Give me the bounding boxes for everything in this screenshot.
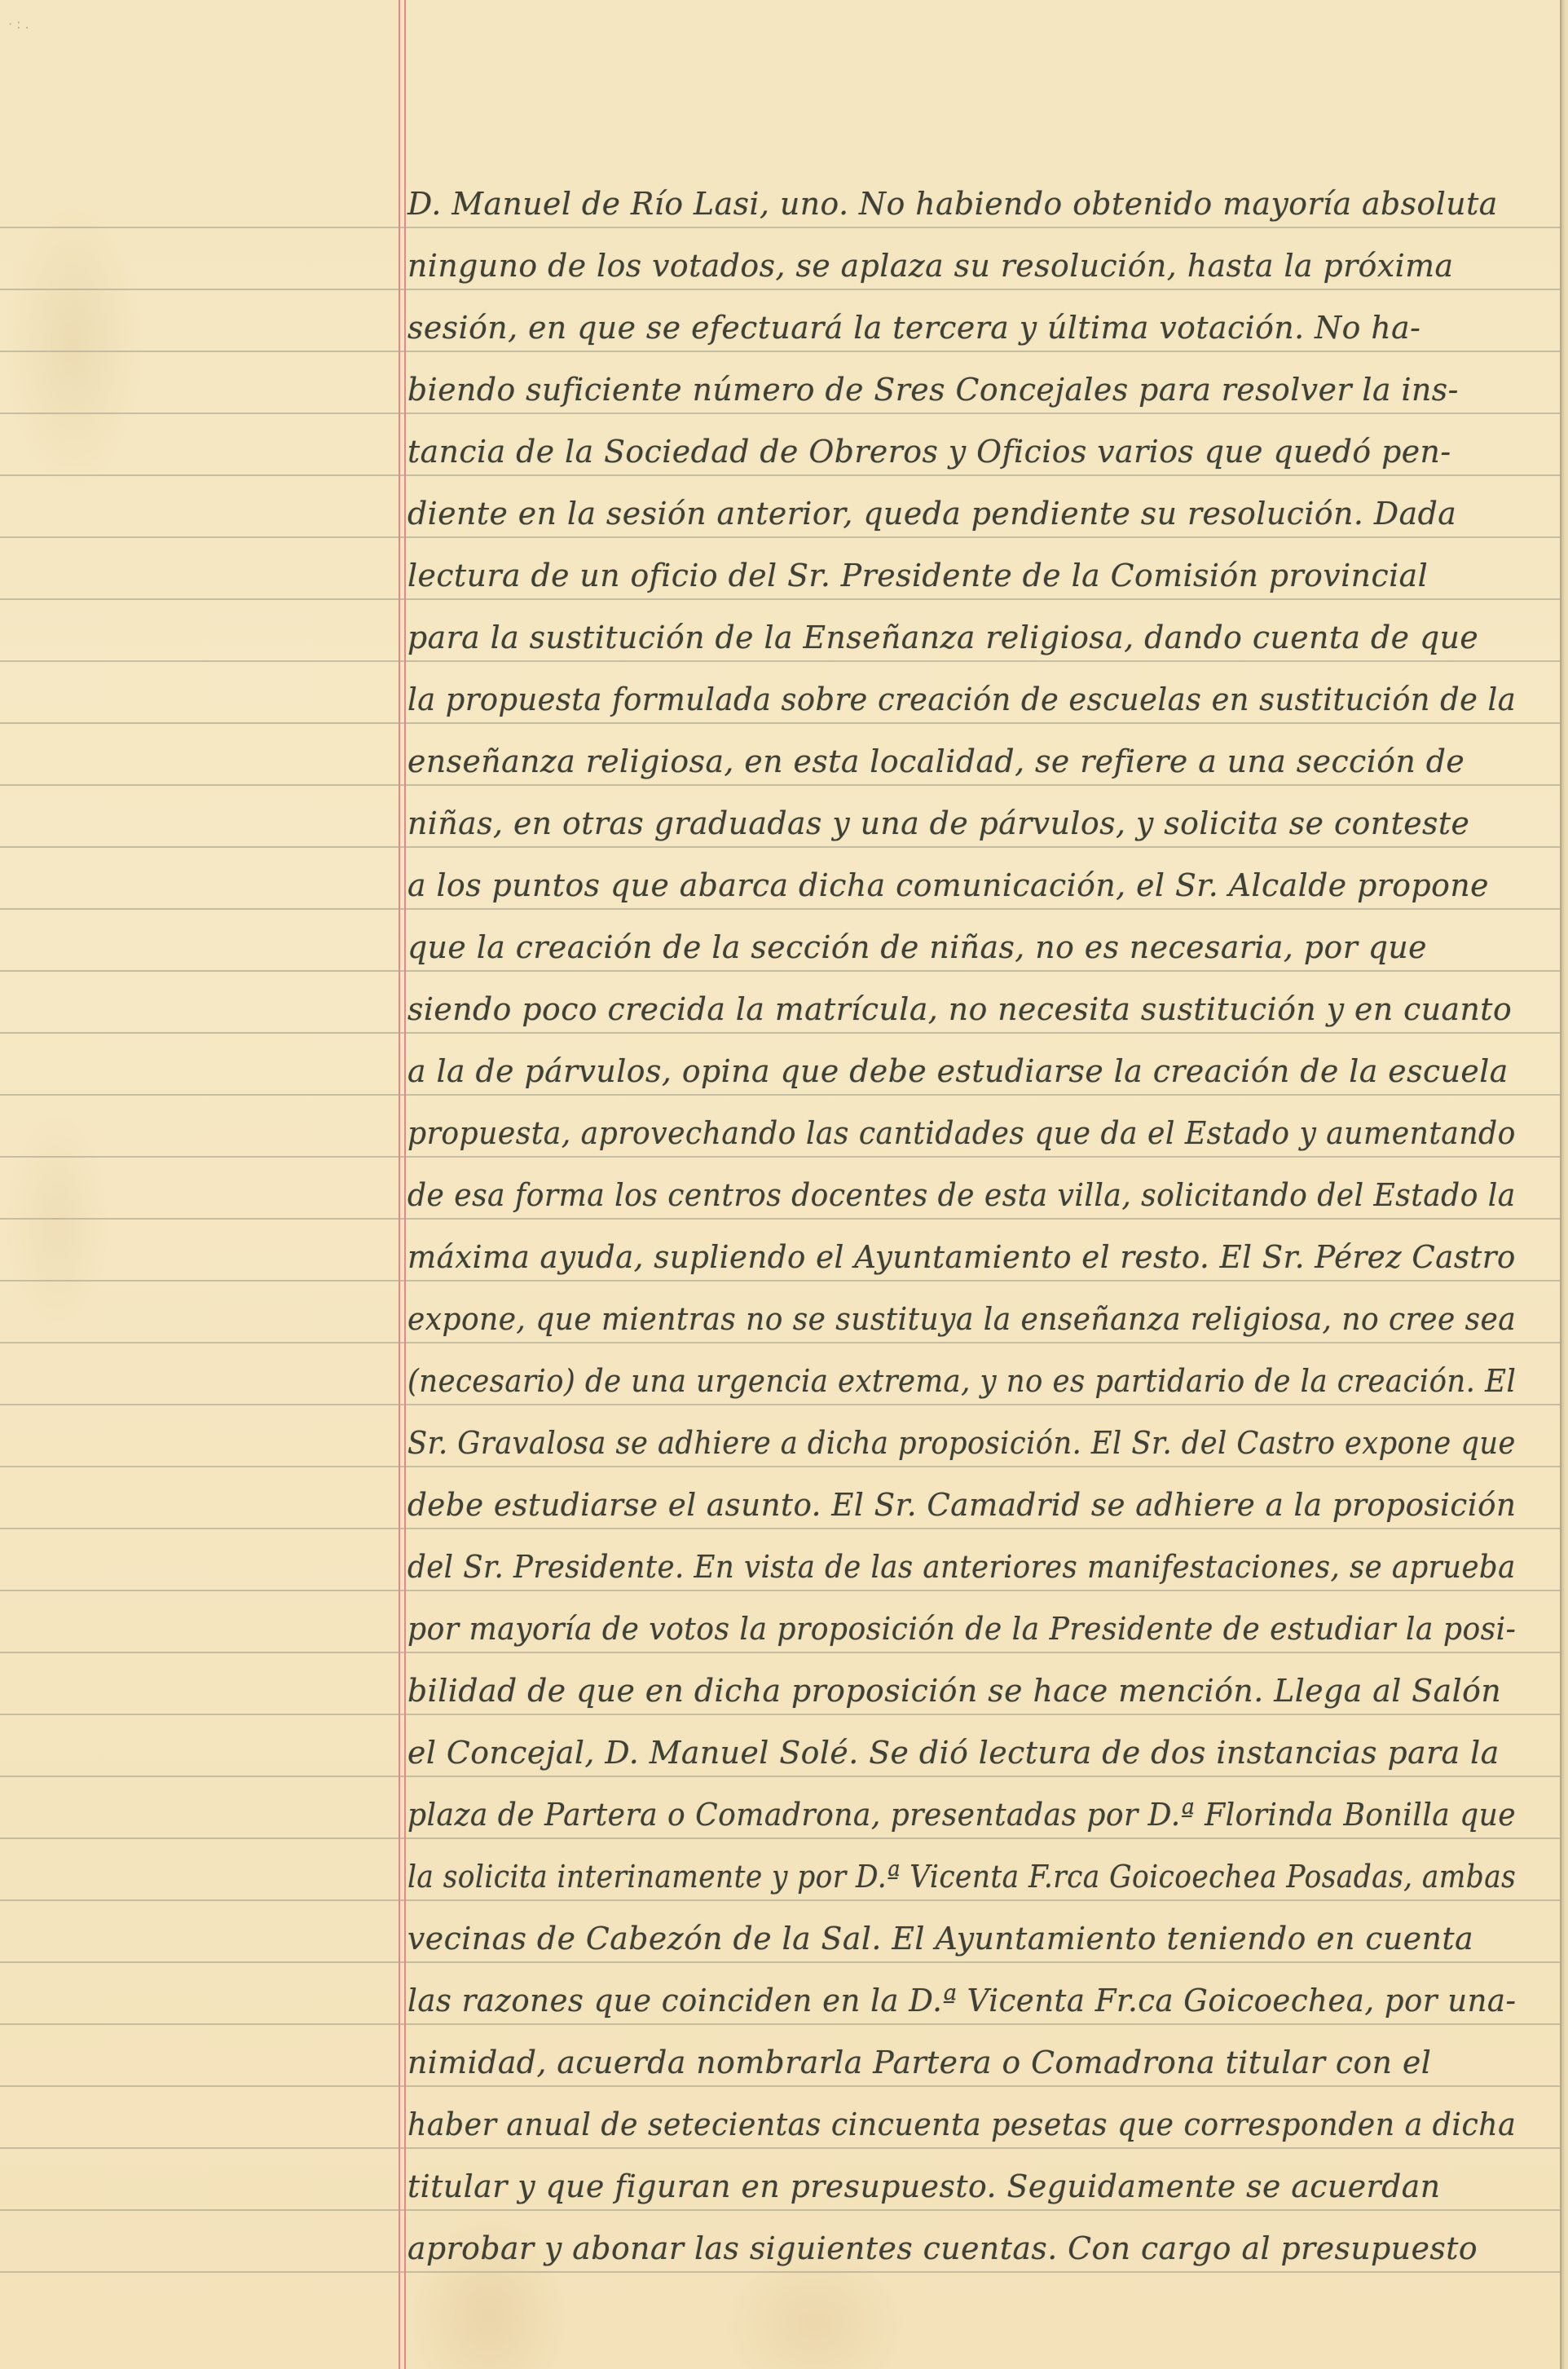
text-line: de esa forma los centros docentes de est… xyxy=(407,1171,1466,1220)
text-line: plaza de Partera o Comadrona, presentada… xyxy=(407,1790,1465,1839)
text-line: bilidad de que en dicha proposición se h… xyxy=(407,1666,1516,1715)
corner-marks: · : . xyxy=(8,16,29,32)
text-line: propuesta, aprovechando las cantidades q… xyxy=(407,1109,1469,1158)
text-line: expone, que mientras no se sustituya la … xyxy=(407,1295,1464,1343)
margin-line-left xyxy=(399,0,400,2369)
text-line: la solicita interinamente y por D.ª Vice… xyxy=(407,1852,1416,1901)
text-line: que la creación de la sección de niñas, … xyxy=(407,923,1516,972)
text-line: diente en la sesión anterior, queda pend… xyxy=(407,489,1516,538)
text-line: haber anual de setecientas cincuenta pes… xyxy=(407,2100,1473,2149)
text-line: por mayoría de votos la proposición de l… xyxy=(407,1604,1468,1653)
text-line: nimidad, acuerda nombrarla Partera o Com… xyxy=(407,2038,1516,2087)
text-line: ninguno de los votados, se aplaza su res… xyxy=(407,241,1516,290)
text-line: biendo suficiente número de Sres Conceja… xyxy=(407,365,1516,414)
text-line: el Concejal, D. Manuel Solé. Se dió lect… xyxy=(407,1728,1516,1777)
text-line: las razones que coinciden en la D.ª Vice… xyxy=(407,1976,1495,2025)
text-line: vecinas de Cabezón de la Sal. El Ayuntam… xyxy=(407,1914,1516,1963)
text-line: la propuesta formulada sobre creación de… xyxy=(407,675,1487,724)
text-line: debe estudiarse el asunto. El Sr. Camadr… xyxy=(407,1480,1500,1529)
text-line: enseñanza religiosa, en esta localidad, … xyxy=(407,737,1516,786)
margin-line-right xyxy=(404,0,406,2369)
text-line: aprobar y abonar las siguientes cuentas.… xyxy=(407,2224,1516,2273)
text-line: máxima ayuda, supliendo el Ayuntamiento … xyxy=(407,1233,1497,1282)
text-line: niñas, en otras graduadas y una de párvu… xyxy=(407,799,1516,848)
text-line: sesión, en que se efectuará la tercera y… xyxy=(407,303,1516,352)
text-line: titular y que figuran en presupuesto. Se… xyxy=(407,2162,1516,2211)
text-line: a los puntos que abarca dicha comunicaci… xyxy=(407,861,1516,910)
text-line: del Sr. Presidente. En vista de las ante… xyxy=(407,1542,1451,1591)
text-line: (necesario) de una urgencia extrema, y n… xyxy=(407,1357,1448,1405)
text-line: a la de párvulos, opina que debe estudia… xyxy=(407,1047,1516,1096)
text-line: siendo poco crecida la matrícula, no nec… xyxy=(407,985,1516,1034)
text-line: D. Manuel de Río Lasi, uno. No habiendo … xyxy=(407,179,1516,228)
text-line: tancia de la Sociedad de Obreros y Ofici… xyxy=(407,427,1516,476)
text-line: para la sustitución de la Enseñanza reli… xyxy=(407,613,1516,662)
text-line: Sr. Gravalosa se adhiere a dicha proposi… xyxy=(407,1418,1442,1467)
document-page: · : . D. Manuel de Río Lasi, uno. No hab… xyxy=(0,0,1568,2369)
page-edge xyxy=(1560,0,1568,2369)
text-line: lectura de un oficio del Sr. Presidente … xyxy=(407,551,1516,600)
